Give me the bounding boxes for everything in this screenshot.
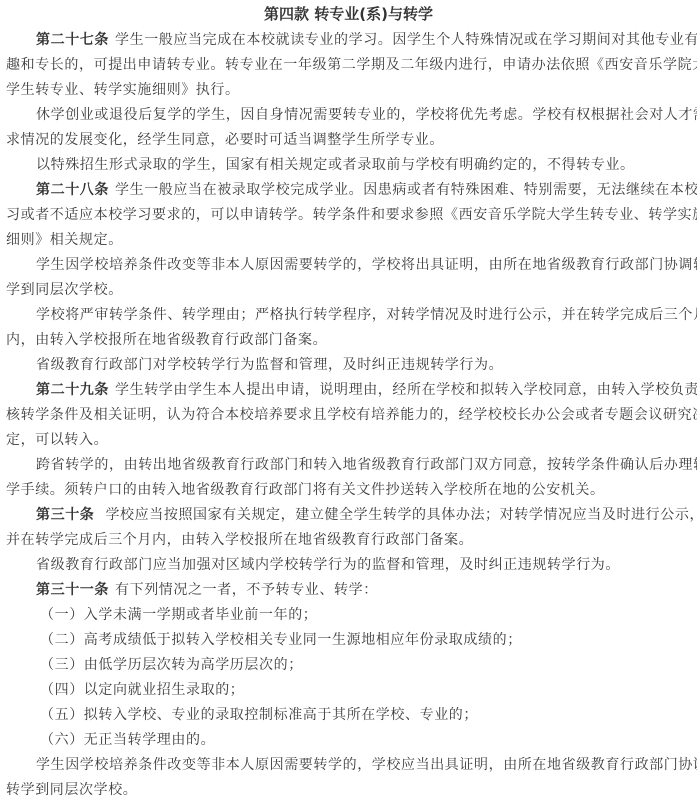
article-number: 第二十八条 [36,182,109,198]
paragraph-line: 学校将严审转学条件、转学理由；严格执行转学程序，对转学情况及时进行公示，并在转学… [36,305,691,325]
paragraph-line: 求情况的发展变化，经学生同意，必要时可适当调整学生所学专业。 [6,130,691,150]
article-31-line-1: 第三十一条有下列情况之一者，不予转专业、转学： [36,580,691,600]
article-number: 第三十条 [36,507,94,523]
article-number: 第二十七条 [36,32,109,48]
paragraph-line: 学到同层次学校。 [6,280,691,300]
paragraph-line: 核转学条件及相关证明，认为符合本校培养要求且学校有培养能力的，经学校校长办公会或… [6,405,691,425]
paragraph-line: 习或者不适应本校学习要求的，可以申请转学。转学条件和要求参照《西安音乐学院大学生… [6,205,691,225]
article-27-line-3: 学生转专业、转学实施细则》执行。 [6,80,691,100]
paragraph-line: 并在转学完成后三个月内，由转入学校报所在地省级教育行政部门备案。 [6,530,691,550]
article-28-line-1: 第二十八条学生一般应当在被录取学校完成学业。因患病或者有特殊困难、特别需要，无法… [36,180,691,200]
paragraph-line: 内，由转入学校报所在地省级教育行政部门备案。 [6,330,691,350]
list-item: （三）由低学历层次转为高学历层次的； [40,655,697,675]
section-title: 第四款 转专业(系)与转学 [0,3,697,25]
document-page: 第四款 转专业(系)与转学 第二十七条学生一般应当完成在本校就读专业的学习。因学… [0,0,697,802]
article-29-line-1: 第二十九条学生转学由学生本人提出申请，说明理由，经所在学校和拟转入学校同意，由转… [36,380,691,400]
paragraph-line: 学生因学校培养条件改变等非本人原因需要转学的，学校将出具证明，由所在地省级教育行… [36,255,691,275]
list-item: （二）高考成绩低于拟转入学校相关专业同一生源地相应年份录取成绩的； [40,630,697,650]
paragraph-line: 以特殊招生形式录取的学生，国家有相关规定或者录取前与学校有明确约定的，不得转专业… [36,155,691,175]
article-27-line-1: 第二十七条学生一般应当完成在本校就读专业的学习。因学生个人特殊情况或在学习期间对… [36,30,691,50]
list-item: （五）拟转入学校、专业的录取控制标准高于其所在学校、专业的； [40,705,697,725]
paragraph-line: 细则》相关规定。 [6,230,691,250]
paragraph-line: 学生因学校培养条件改变等非本人原因需要转学的，学校应当出具证明，由所在地省级教育… [36,755,691,775]
list-item: （一）入学未满一学期或者毕业前一年的； [40,605,697,625]
article-27-line-2: 趣和专长的，可提出申请转专业。转专业在一年级第二学期及二年级内进行，申请办法依照… [6,55,691,75]
paragraph-line: 转学到同层次学校。 [6,780,691,800]
paragraph-line: 省级教育行政部门对学校转学行为监督和管理，及时纠正违规转学行为。 [36,355,691,375]
article-number: 第三十一条 [36,582,109,598]
paragraph-line: 定，可以转入。 [6,430,691,450]
paragraph-line: 休学创业或退役后复学的学生，因自身情况需要转专业的，学校将优先考虑。学校有权根据… [36,105,691,125]
paragraph-line: 省级教育行政部门应当加强对区域内学校转学行为的监督和管理，及时纠正违规转学行为。 [36,555,691,575]
paragraph-line: 跨省转学的，由转出地省级教育行政部门和转入地省级教育行政部门双方同意，按转学条件… [36,455,691,475]
list-item: （六）无正当转学理由的。 [40,730,697,750]
list-item: （四）以定向就业招生录取的； [40,680,697,700]
paragraph-line: 学手续。须转户口的由转入地省级教育行政部门将有关文件抄送转入学校所在地的公安机关… [6,480,691,500]
article-number: 第二十九条 [36,382,109,398]
article-30-line-1: 第三十条 学校应当按照国家有关规定，建立健全学生转学的具体办法；对转学情况应当及… [36,505,691,525]
